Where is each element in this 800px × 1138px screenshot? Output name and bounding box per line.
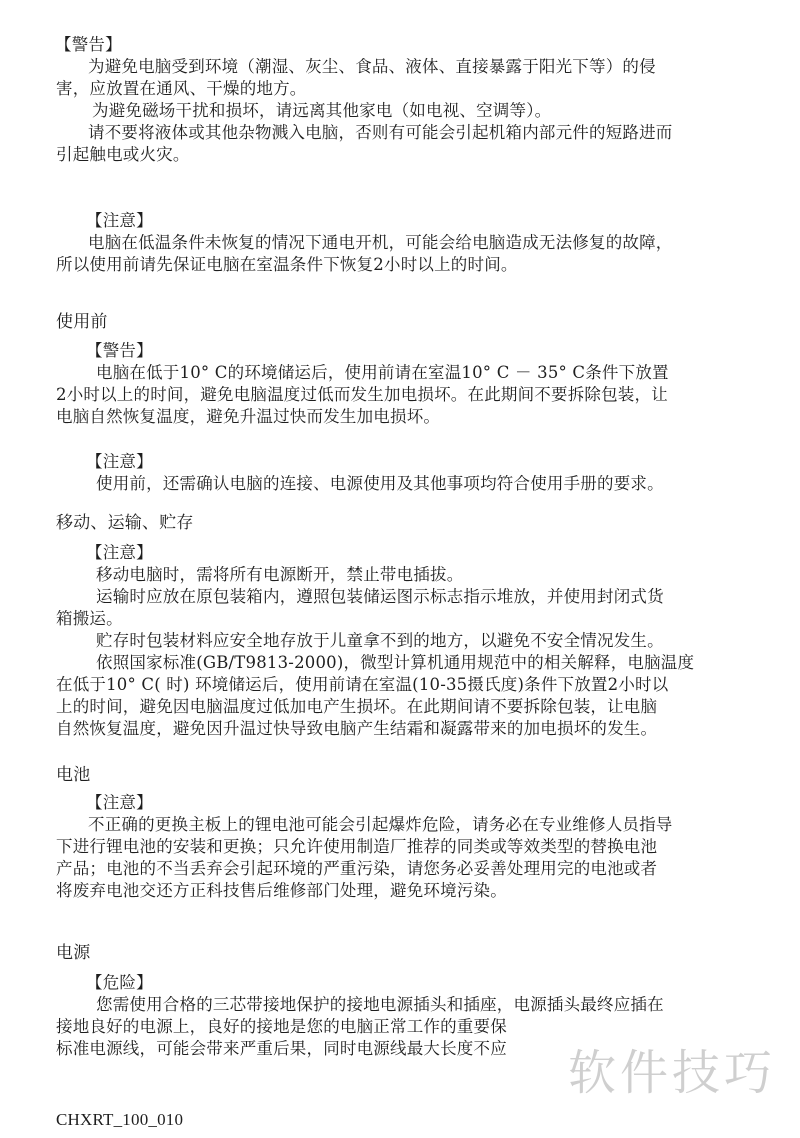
watermark: 软件技巧 <box>568 1034 776 1103</box>
text-line: 运输时应放在原包装箱内，遵照包装储运图示标志指示堆放，并使用封闭式货 <box>96 586 664 608</box>
text-line: 【注意】 <box>86 451 153 473</box>
text-line: 自然恢复温度，避免因升温过快导致电脑产生结霜和凝露带来的加电损坏的发生。 <box>56 718 657 740</box>
text-line: 【注意】 <box>86 542 153 564</box>
section-heading: 电池 <box>56 764 90 786</box>
text-line: 在低于10° C( 时) 环境储运后，使用前请在室温(10-35摄氏度)条件下放… <box>56 674 668 696</box>
section-heading: 电源 <box>56 942 90 964</box>
text-line: 电脑在低温条件未恢复的情况下通电开机，可能会给电脑造成无法修复的故障， <box>88 232 673 254</box>
text-line: 【危险】 <box>86 972 153 994</box>
document-code-footer: CHXRT_100_010 <box>56 1109 183 1131</box>
section-heading: 移动、运输、贮存 <box>56 512 194 534</box>
text-line: 【注意】 <box>86 792 153 814</box>
text-line: 接地良好的电源上，良好的接地是您的电脑正常工作的重要保 <box>56 1016 507 1038</box>
text-line: 引起触电或火灾。 <box>56 144 190 166</box>
section-heading: 使用前 <box>56 311 108 333</box>
text-line: 箱搬运。 <box>56 608 123 630</box>
text-line: 所以使用前请先保证电脑在室温条件下恢复2小时以上的时间。 <box>56 254 518 276</box>
text-line: 标准电源线，可能会带来严重后果，同时电源线最大长度不应 <box>56 1038 507 1060</box>
text-line: 产品；电池的不当丢弃会引起环境的严重污染，请您务必妥善处理用完的电池或者 <box>56 858 657 880</box>
text-line: 2小时以上的时间，避免电脑温度过低而发生加电损坏。在此期间不要拆除包装，让 <box>56 384 668 406</box>
text-line: 请不要将液体或其他杂物溅入电脑，否则有可能会引起机箱内部元件的短路进而 <box>88 122 673 144</box>
text-line: 下进行锂电池的安装和更换；只允许使用制造厂推荐的同类或等效类型的替换电池 <box>56 836 657 858</box>
text-line: 移动电脑时，需将所有电源断开，禁止带电插拔。 <box>96 564 463 586</box>
text-line: 电脑在低于10° C的环境储运后，使用前请在室温10° C － 35° C条件下… <box>96 362 669 384</box>
text-line: 【注意】 <box>86 210 153 232</box>
text-line: 不正确的更换主板上的锂电池可能会引起爆炸危险，请务必在专业维修人员指导 <box>88 814 673 836</box>
text-line: 将废弃电池交还方正科技售后维修部门处理，避免环境污染。 <box>56 880 507 902</box>
text-line: 【警告】 <box>86 340 153 362</box>
text-line: 【警告】 <box>55 34 122 56</box>
text-line: 您需使用合格的三芯带接地保护的接地电源插头和插座，电源插头最终应插在 <box>96 994 664 1016</box>
text-line: 上的时间，避免因电脑温度过低加电产生损坏。在此期间请不要拆除包装，让电脑 <box>56 696 657 718</box>
text-line: 为避免磁场干扰和损坏，请远离其他家电（如电视、空调等）。 <box>92 100 551 122</box>
text-line: 使用前，还需确认电脑的连接、电源使用及其他事项均符合使用手册的要求。 <box>96 473 664 495</box>
text-line: 依照国家标准(GB/T9813-2000)，微型计算机通用规范中的相关解释，电脑… <box>96 652 694 674</box>
text-line: 电脑自然恢复温度，避免升温过快而发生加电损坏。 <box>56 406 440 428</box>
text-line: 贮存时包装材料应安全地存放于儿童拿不到的地方，以避免不安全情况发生。 <box>96 630 664 652</box>
text-line: 害，应放置在通风、干燥的地方。 <box>56 78 307 100</box>
text-line: 为避免电脑受到环境（潮湿、灰尘、食品、液体、直接暴露于阳光下等）的侵 <box>88 56 656 78</box>
